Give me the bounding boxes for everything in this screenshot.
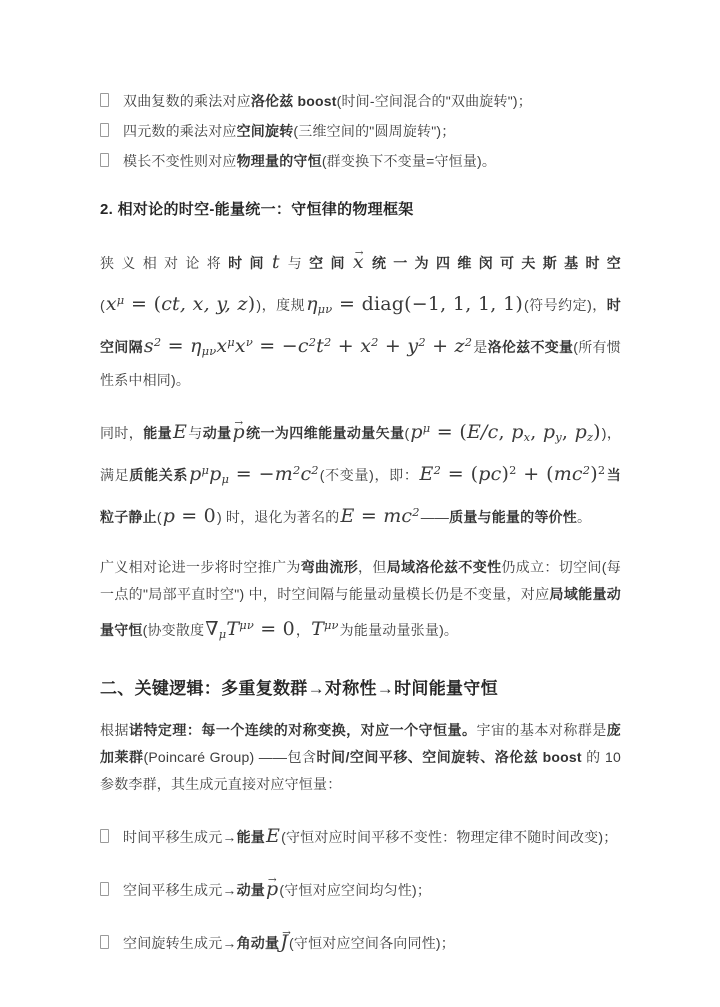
math-formula: x [353,251,364,273]
text-run: 。 [577,509,591,525]
math-formula: ημν = diag(−1, 1, 1, 1) [306,293,523,315]
text-run: —— [421,509,449,525]
math-formula: E = mc2 [341,505,420,527]
bold-text-run: 质量与能量的等价性 [449,509,577,525]
text-run: (群变换下不变量=守恒量)。 [322,153,496,169]
bold-text-run: 洛伦兹 boost [251,93,337,109]
paragraph: 同时，能量E与动量p统一为四维能量动量矢量(pμ = (E/c, px, py,… [100,411,621,537]
bold-text-run: 局域洛伦兹不变性 [387,559,502,575]
text-run: 宇宙的基本对称群是 [476,722,606,738]
text-run: 根据 [100,722,129,738]
missing-glyph-bullet-icon [100,153,109,167]
text-run: 与 [188,425,203,441]
bold-text-run: 空间旋转 [237,123,294,139]
bold-text-run: 能量 [237,829,265,845]
text-run: 时间平移生成元→ [123,829,237,845]
text-run: (守恒对应空间均匀性)； [279,882,431,898]
math-formula: p [233,421,245,443]
text-run: (时间-空间混合的"双曲旋转")； [337,93,532,109]
bullet-text: 空间平移生成元→动量p(守恒对应空间均匀性)； [123,882,431,898]
math-formula: ∇μTμν = 0 [205,618,295,640]
bullet-list: 双曲复数的乘法对应洛伦兹 boost(时间-空间混合的"双曲旋转")；四元数的乘… [100,88,621,175]
bold-text-run: 质能关系 [129,467,188,483]
bold-text-run: 空间 [309,255,352,271]
text-run: 狭义相对论将 [100,255,228,271]
bold-text-run: 时间 [228,255,271,271]
text-run: 广义相对论进一步将时空推广为 [100,559,301,575]
text-run: 模长不变性则对应 [123,153,237,169]
document-body: 双曲复数的乘法对应洛伦兹 boost(时间-空间混合的"双曲旋转")；四元数的乘… [100,88,621,963]
bullet-item: 四元数的乘法对应空间旋转(三维空间的"圆周旋转")； [100,118,621,145]
text-run: 2. 相对论的时空-能量统一：守恒律的物理框架 [100,201,414,218]
text-run: ( [405,425,410,441]
text-run: ) 时，退化为著名的 [217,509,340,525]
bullet-item: 模长不变性则对应物理量的守恒(群变换下不变量=守恒量)。 [100,148,621,175]
text-run: (协变散度 [143,622,205,638]
text-run: ，但 [358,559,387,575]
text-run: ( [100,297,105,313]
document-page: 双曲复数的乘法对应洛伦兹 boost(时间-空间混合的"双曲旋转")；四元数的乘… [0,0,720,1007]
math-formula: pμpμ = −m2c2 [189,463,319,485]
bold-text-run: 物理量的守恒 [237,153,322,169]
bold-text-run: 动量 [237,882,265,898]
text-run: 为能量动量张量)。 [340,622,458,638]
bullet-item: 空间旋转生成元→角动量J(守恒对应空间各向同性)； [100,921,621,963]
bold-text-run: 诺特定理：每一个连续的对称变换，对应一个守恒量。 [129,722,477,738]
math-formula: p = 0 [163,505,216,527]
bullet-item: 空间平移生成元→动量p(守恒对应空间均匀性)； [100,868,621,910]
paragraph: 狭义相对论将时间t与空间x统一为四维闵可夫斯基时空(xμ = (ct, x, y… [100,241,621,394]
missing-glyph-bullet-icon [100,882,109,896]
paragraph: 根据诺特定理：每一个连续的对称变换，对应一个守恒量。宇宙的基本对称群是庞加莱群(… [100,717,621,798]
bullet-text: 双曲复数的乘法对应洛伦兹 boost(时间-空间混合的"双曲旋转")； [123,93,532,109]
section-heading: 二、关键逻辑：多重复数群→对称性→时间能量守恒 [100,674,621,699]
text-run: 空间平移生成元→ [123,882,237,898]
paragraph: 广义相对论进一步将时空推广为弯曲流形，但局域洛伦兹不变性仍成立：切空间(每一点的… [100,554,621,650]
text-run: 是 [473,339,487,355]
bold-text-run: 动量 [203,425,232,441]
text-run: 二、关键逻辑：多重复数群→对称性→时间能量守恒 [100,679,498,698]
math-formula: Tμν [311,618,339,640]
text-run: (Poincaré Group) ——包含 [144,749,317,765]
text-run: (不变量)，即： [320,467,419,483]
math-formula: pμ = (E/c, px, py, pz) [410,421,600,443]
bold-text-run: 统一为四维闵可夫斯基时空 [365,255,621,271]
text-run: (守恒对应空间各向同性)； [289,935,455,951]
bullet-text: 空间旋转生成元→角动量J(守恒对应空间各向同性)； [123,935,455,951]
bullet-list: 时间平移生成元→能量E(守恒对应时间平移不变性：物理定律不随时间改变)；空间平移… [100,815,621,963]
math-formula: J [280,931,288,953]
missing-glyph-bullet-icon [100,123,109,137]
math-formula: E [266,825,280,847]
missing-glyph-bullet-icon [100,935,109,949]
text-run: 同时， [100,425,143,441]
text-run: (守恒对应时间平移不变性：物理定律不随时间改变)； [281,829,617,845]
bullet-text: 四元数的乘法对应空间旋转(三维空间的"圆周旋转")； [123,123,456,139]
text-run: ( [157,509,162,525]
math-formula: s2 = ημνxμxν = −c2t2 + x2 + y2 + z2 [144,335,472,357]
text-run: 空间旋转生成元→ [123,935,237,951]
section-heading: 2. 相对论的时空-能量统一：守恒律的物理框架 [100,198,621,219]
bold-text-run: 角动量 [237,935,280,951]
math-formula: p [266,878,278,900]
text-run: (符号约定)， [524,297,607,313]
text-run: 双曲复数的乘法对应 [123,93,251,109]
bullet-item: 时间平移生成元→能量E(守恒对应时间平移不变性：物理定律不随时间改变)； [100,815,621,857]
bold-text-run: 统一为四维能量动量矢量 [246,425,405,441]
bullet-item: 双曲复数的乘法对应洛伦兹 boost(时间-空间混合的"双曲旋转")； [100,88,621,115]
text-run: 与 [281,255,310,271]
bold-text-run: 时间/空间平移、空间旋转、洛伦兹 boost [316,749,581,765]
missing-glyph-bullet-icon [100,829,109,843]
math-formula: t [272,251,280,273]
math-formula: E [173,421,187,443]
bold-text-run: 洛伦兹不变量 [488,339,574,355]
text-run: 四元数的乘法对应 [123,123,237,139]
bold-text-run: 能量 [143,425,172,441]
text-run: )，度规 [256,297,305,313]
text-run: (三维空间的"圆周旋转")； [293,123,455,139]
text-run: ， [296,622,310,638]
bullet-text: 时间平移生成元→能量E(守恒对应时间平移不变性：物理定律不随时间改变)； [123,829,617,845]
bullet-text: 模长不变性则对应物理量的守恒(群变换下不变量=守恒量)。 [123,153,496,169]
missing-glyph-bullet-icon [100,93,109,107]
math-formula: E2 = (pc)2 + (mc2)2 [420,463,606,485]
bold-text-run: 弯曲流形 [301,559,358,575]
math-formula: xμ = (ct, x, y, z) [106,293,256,315]
